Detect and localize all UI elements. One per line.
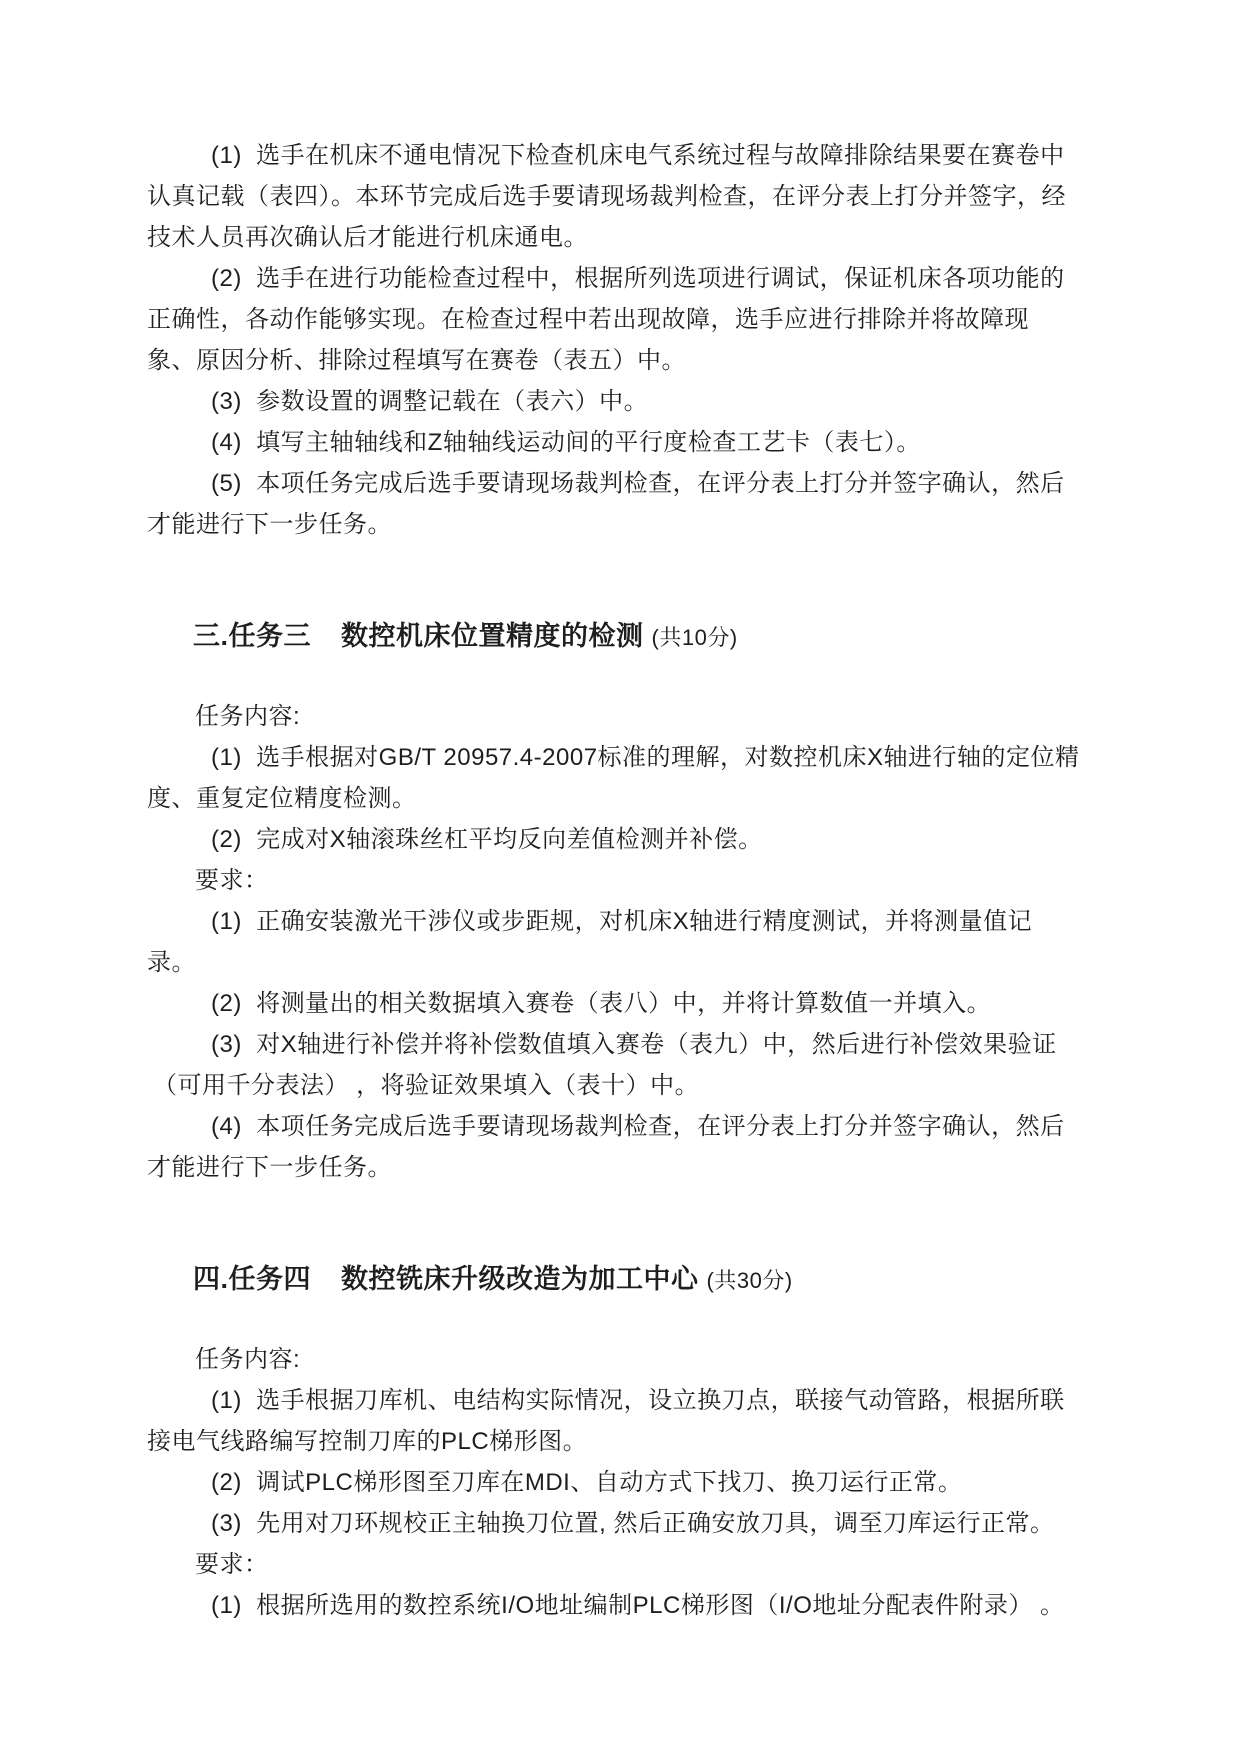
section-heading-task4: 四.任务四数控铣床升级改造为加工中心(共30分)	[147, 1257, 1131, 1303]
text-line: 度、重复定位精度检测。	[147, 778, 1131, 819]
text-line: 任务内容:	[147, 1339, 1131, 1380]
heading-number: 四.任务四	[193, 1264, 311, 1294]
heading-title: 数控铣床升级改造为加工中心	[341, 1264, 699, 1294]
text-line: (4) 填写主轴轴线和Z轴轴线运动间的平行度检查工艺卡（表七）。	[147, 422, 1131, 463]
text-line: 技术人员再次确认后才能进行机床通电。	[147, 217, 1131, 258]
text-line: (5) 本项任务完成后选手要请现场裁判检查，在评分表上打分并签字确认，然后	[147, 463, 1131, 504]
text-line: (2) 完成对X轴滚珠丝杠平均反向差值检测并补偿。	[147, 819, 1131, 860]
text-line: 要求：	[147, 1544, 1131, 1585]
text-line: （可用千分表法） ，将验证效果填入（表十）中。	[147, 1065, 1131, 1106]
text-line: 录。	[147, 942, 1131, 983]
text-line: (4) 本项任务完成后选手要请现场裁判检查，在评分表上打分并签字确认，然后	[147, 1106, 1131, 1147]
heading-number: 三.任务三	[193, 621, 311, 651]
text-line: (3) 先用对刀环规校正主轴换刀位置, 然后正确安放刀具，调至刀库运行正常。	[147, 1503, 1131, 1544]
text-line: (1) 选手根据刀库机、电结构实际情况，设立换刀点，联接气动管路，根据所联	[147, 1380, 1131, 1421]
heading-title: 数控机床位置精度的检测	[341, 621, 644, 651]
text-line: 象、原因分析、排除过程填写在赛卷（表五）中。	[147, 340, 1131, 381]
text-line: (1) 选手根据对GB/T 20957.4-2007标准的理解，对数控机床X轴进…	[147, 737, 1131, 778]
text-line: (1) 正确安装激光干涉仪或步距规，对机床X轴进行精度测试，并将测量值记	[147, 901, 1131, 942]
text-line: (1) 根据所选用的数控系统I/O地址编制PLC梯形图（I/O地址分配表件附录）…	[147, 1585, 1131, 1626]
section-heading-task3: 三.任务三数控机床位置精度的检测(共10分)	[147, 614, 1131, 660]
text-line: (2) 选手在进行功能检查过程中，根据所列选项进行调试，保证机床各项功能的	[147, 258, 1131, 299]
text-line: 才能进行下一步任务。	[147, 504, 1131, 545]
text-line: (3) 对X轴进行补偿并将补偿数值填入赛卷（表九）中，然后进行补偿效果验证	[147, 1024, 1131, 1065]
text-line: 任务内容:	[147, 696, 1131, 737]
text-line: 接电气线路编写控制刀库的PLC梯形图。	[147, 1421, 1131, 1462]
text-line: (1) 选手在机床不通电情况下检查机床电气系统过程与故障排除结果要在赛卷中	[147, 135, 1131, 176]
text-line: 正确性，各动作能够实现。在检查过程中若出现故障，选手应进行排除并将故障现	[147, 299, 1131, 340]
heading-score: (共30分)	[707, 1268, 793, 1293]
text-line: 才能进行下一步任务。	[147, 1147, 1131, 1188]
text-line: 认真记载（表四）。本环节完成后选手要请现场裁判检查，在评分表上打分并签字，经	[147, 176, 1131, 217]
text-line: 要求：	[147, 860, 1131, 901]
heading-score: (共10分)	[652, 625, 738, 650]
text-line: (2) 调试PLC梯形图至刀库在MDI、自动方式下找刀、换刀运行正常。	[147, 1462, 1131, 1503]
text-line: (3) 参数设置的调整记载在（表六）中。	[147, 381, 1131, 422]
document-page: (1) 选手在机床不通电情况下检查机床电气系统过程与故障排除结果要在赛卷中 认真…	[0, 0, 1241, 1754]
text-line: (2) 将测量出的相关数据填入赛卷（表八）中，并将计算数值一并填入。	[147, 983, 1131, 1024]
